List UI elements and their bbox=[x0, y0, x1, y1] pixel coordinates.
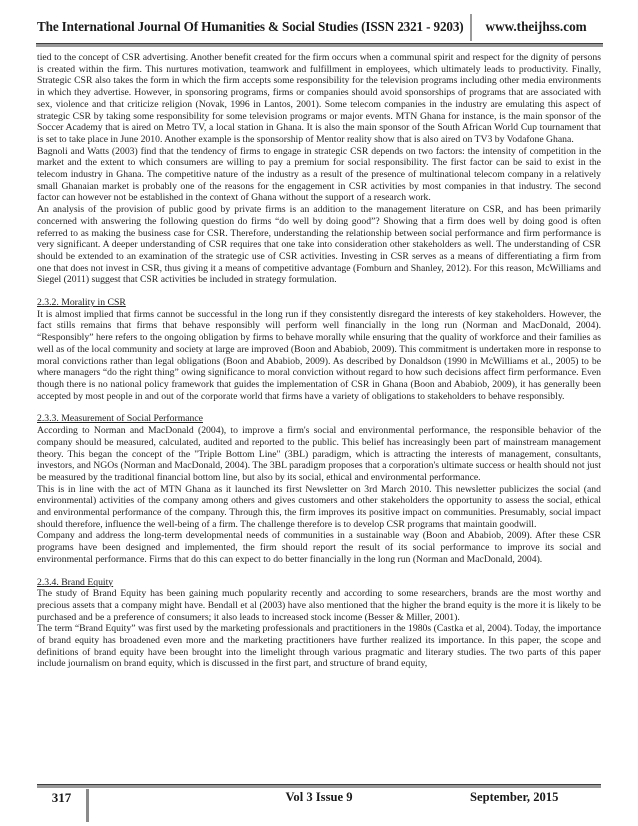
section-heading: 2.3.2. Morality in CSR bbox=[37, 297, 601, 309]
header-rule bbox=[36, 43, 603, 47]
paragraph: An analysis of the provision of public g… bbox=[37, 204, 601, 286]
section: tied to the concept of CSR advertising. … bbox=[37, 52, 601, 286]
journal-website-link[interactable]: www.theijhss.com bbox=[486, 19, 607, 35]
footer-row: 317 Vol 3 Issue 9 September, 2015 bbox=[37, 784, 601, 822]
paragraph: The term “Brand Equity” was first used b… bbox=[37, 623, 601, 670]
document-page: The International Journal Of Humanities … bbox=[0, 0, 638, 826]
paragraph: Company and address the long-term develo… bbox=[37, 530, 601, 565]
section-heading: 2.3.4. Brand Equity bbox=[37, 577, 601, 589]
article-body: tied to the concept of CSR advertising. … bbox=[37, 52, 601, 670]
section: 2.3.3. Measurement of Social Performance… bbox=[37, 413, 601, 565]
paragraph: Bagnoli and Watts (2003) find that the t… bbox=[37, 146, 601, 205]
journal-title: The International Journal Of Humanities … bbox=[37, 19, 464, 35]
paragraph: According to Norman and MacDonald (2004)… bbox=[37, 425, 601, 484]
paragraph: tied to the concept of CSR advertising. … bbox=[37, 52, 601, 146]
paragraph: The study of Brand Equity has been gaini… bbox=[37, 588, 601, 623]
section-heading: 2.3.3. Measurement of Social Performance bbox=[37, 413, 601, 425]
paragraph: It is almost implied that firms cannot b… bbox=[37, 309, 601, 403]
section: 2.3.2. Morality in CSRIt is almost impli… bbox=[37, 297, 601, 402]
section: 2.3.4. Brand EquityThe study of Brand Eq… bbox=[37, 577, 601, 671]
paragraph: This is in line with the act of MTN Ghan… bbox=[37, 484, 601, 531]
header-vertical-divider bbox=[470, 14, 472, 41]
page-footer: 317 Vol 3 Issue 9 September, 2015 bbox=[37, 784, 601, 826]
date-label: September, 2015 bbox=[470, 790, 558, 805]
journal-header: The International Journal Of Humanities … bbox=[37, 12, 603, 42]
